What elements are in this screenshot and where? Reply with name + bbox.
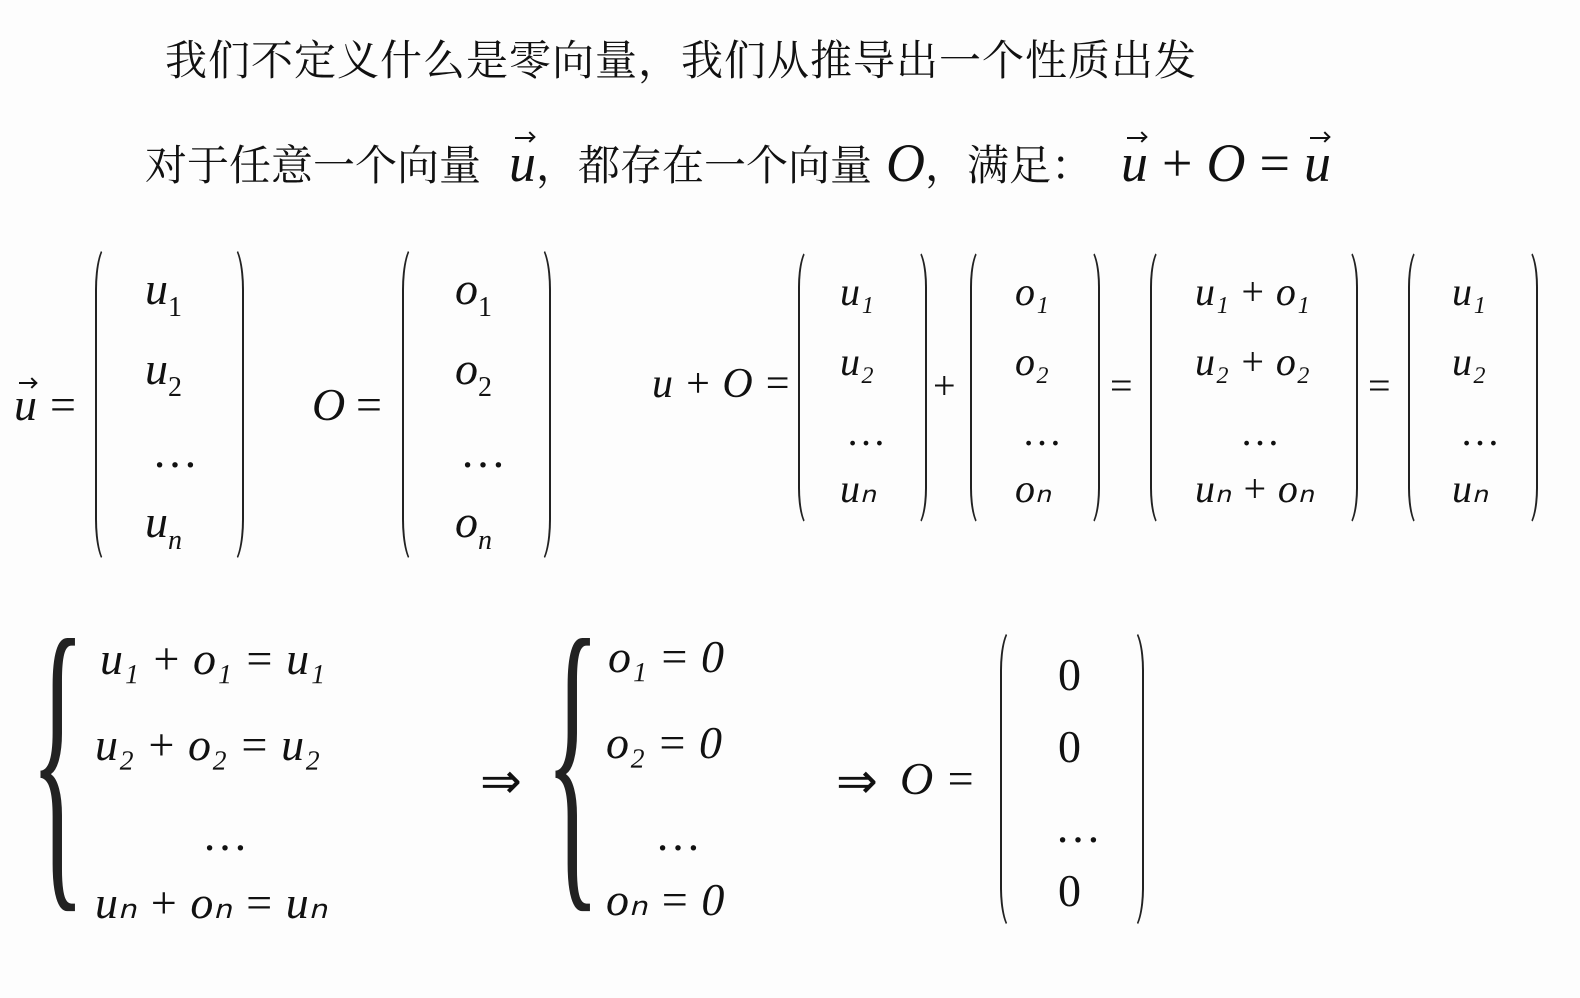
O-entry-2: o2 (455, 342, 492, 404)
sum-u-ellipsis: … (846, 408, 886, 455)
u-entry-n: un (145, 495, 182, 557)
solution-2: o₂ = 0 (606, 716, 722, 769)
sum-u-right-paren (905, 248, 927, 527)
sum-result-left-paren (1408, 248, 1430, 527)
O-def-equals: = (356, 378, 382, 431)
system-left-brace: { (30, 592, 85, 922)
sum-o-left-paren (970, 248, 992, 527)
statement-middle: ，都存在一个向量 (536, 133, 872, 193)
sum-o-ellipsis: … (1022, 408, 1062, 455)
zero-left-paren (1000, 628, 1024, 930)
sum-equals-2: = (1368, 362, 1391, 409)
implies-arrow-2: ⇒ (836, 752, 878, 810)
u-left-paren (95, 245, 119, 564)
sum-u-1: u₁ (840, 268, 874, 315)
solution-n: oₙ = 0 (606, 872, 724, 926)
O-left-paren (402, 245, 426, 564)
property-statement: 对于任意一个向量 u ，都存在一个向量 O ，满足： u + O = u (145, 132, 1331, 194)
u-entry-1: u1 (145, 262, 182, 324)
sum-total-1: u₁ + o₁ (1195, 268, 1310, 315)
sum-result-2: u₂ (1452, 338, 1486, 385)
sum-result-right-paren (1516, 248, 1538, 527)
u-entry-2: u2 (145, 342, 182, 404)
eq-u2: u (1304, 132, 1331, 194)
sum-total-n: uₙ + oₙ (1195, 465, 1314, 512)
zero-entry-n: 0 (1058, 864, 1081, 917)
vector-u-symbol: u (509, 132, 536, 194)
u-entry-ellipsis: … (152, 425, 198, 478)
sum-lhs: u + O = (652, 360, 792, 408)
sum-total-2: u₂ + o₂ (1195, 338, 1310, 385)
O-entry-ellipsis: … (460, 425, 506, 478)
sum-u-left-paren (798, 248, 820, 527)
zero-vector-label: O = (900, 752, 976, 805)
system-eq-1: u₁ + o₁ = u₁ (100, 632, 325, 685)
sum-plus: + (933, 362, 956, 409)
eq-plus: + (1162, 132, 1192, 194)
statement-prefix: 对于任意一个向量 (145, 133, 481, 193)
system-eq-2: u₂ + o₂ = u₂ (95, 718, 320, 771)
vector-O-symbol: O (886, 132, 925, 194)
eq-O: O (1207, 132, 1246, 194)
sum-u-n: uₙ (840, 465, 876, 512)
sum-total-left-paren (1150, 248, 1172, 527)
solution-ellipsis: … (655, 808, 701, 861)
O-entry-n: on (455, 495, 492, 557)
zero-entry-1: 0 (1058, 648, 1081, 701)
u-def-label: u (14, 378, 37, 431)
O-right-paren (527, 245, 551, 564)
system-eq-ellipsis: … (202, 808, 248, 861)
sum-o-1: o₁ (1015, 268, 1049, 315)
u-right-paren (220, 245, 244, 564)
zero-entry-ellipsis: … (1055, 800, 1101, 853)
implies-arrow-1: ⇒ (480, 752, 522, 810)
u-def-equals: = (50, 378, 76, 431)
sum-result-1: u₁ (1452, 268, 1486, 315)
sum-o-2: o₂ (1015, 338, 1049, 385)
statement-condition: ，满足： (925, 133, 1093, 193)
O-entry-1: o1 (455, 262, 492, 324)
system-eq-n: uₙ + oₙ = uₙ (95, 875, 327, 929)
solution-left-brace: { (545, 592, 600, 922)
sum-result-n: uₙ (1452, 465, 1488, 512)
sum-total-right-paren (1336, 248, 1358, 527)
sum-total-ellipsis: … (1240, 408, 1280, 455)
zero-right-paren (1120, 628, 1144, 930)
heading-text: 我们不定义什么是零向量，我们从推导出一个性质出发 (165, 28, 1197, 88)
sum-o-n: oₙ (1015, 465, 1051, 512)
eq-equals: = (1260, 132, 1290, 194)
zero-entry-2: 0 (1058, 720, 1081, 773)
O-def-label: O (312, 378, 345, 431)
eq-u: u (1121, 132, 1148, 194)
sum-o-right-paren (1078, 248, 1100, 527)
sum-equals-1: = (1110, 362, 1133, 409)
sum-result-ellipsis: … (1460, 408, 1500, 455)
solution-1: o₁ = 0 (608, 630, 724, 683)
sum-u-2: u₂ (840, 338, 874, 385)
